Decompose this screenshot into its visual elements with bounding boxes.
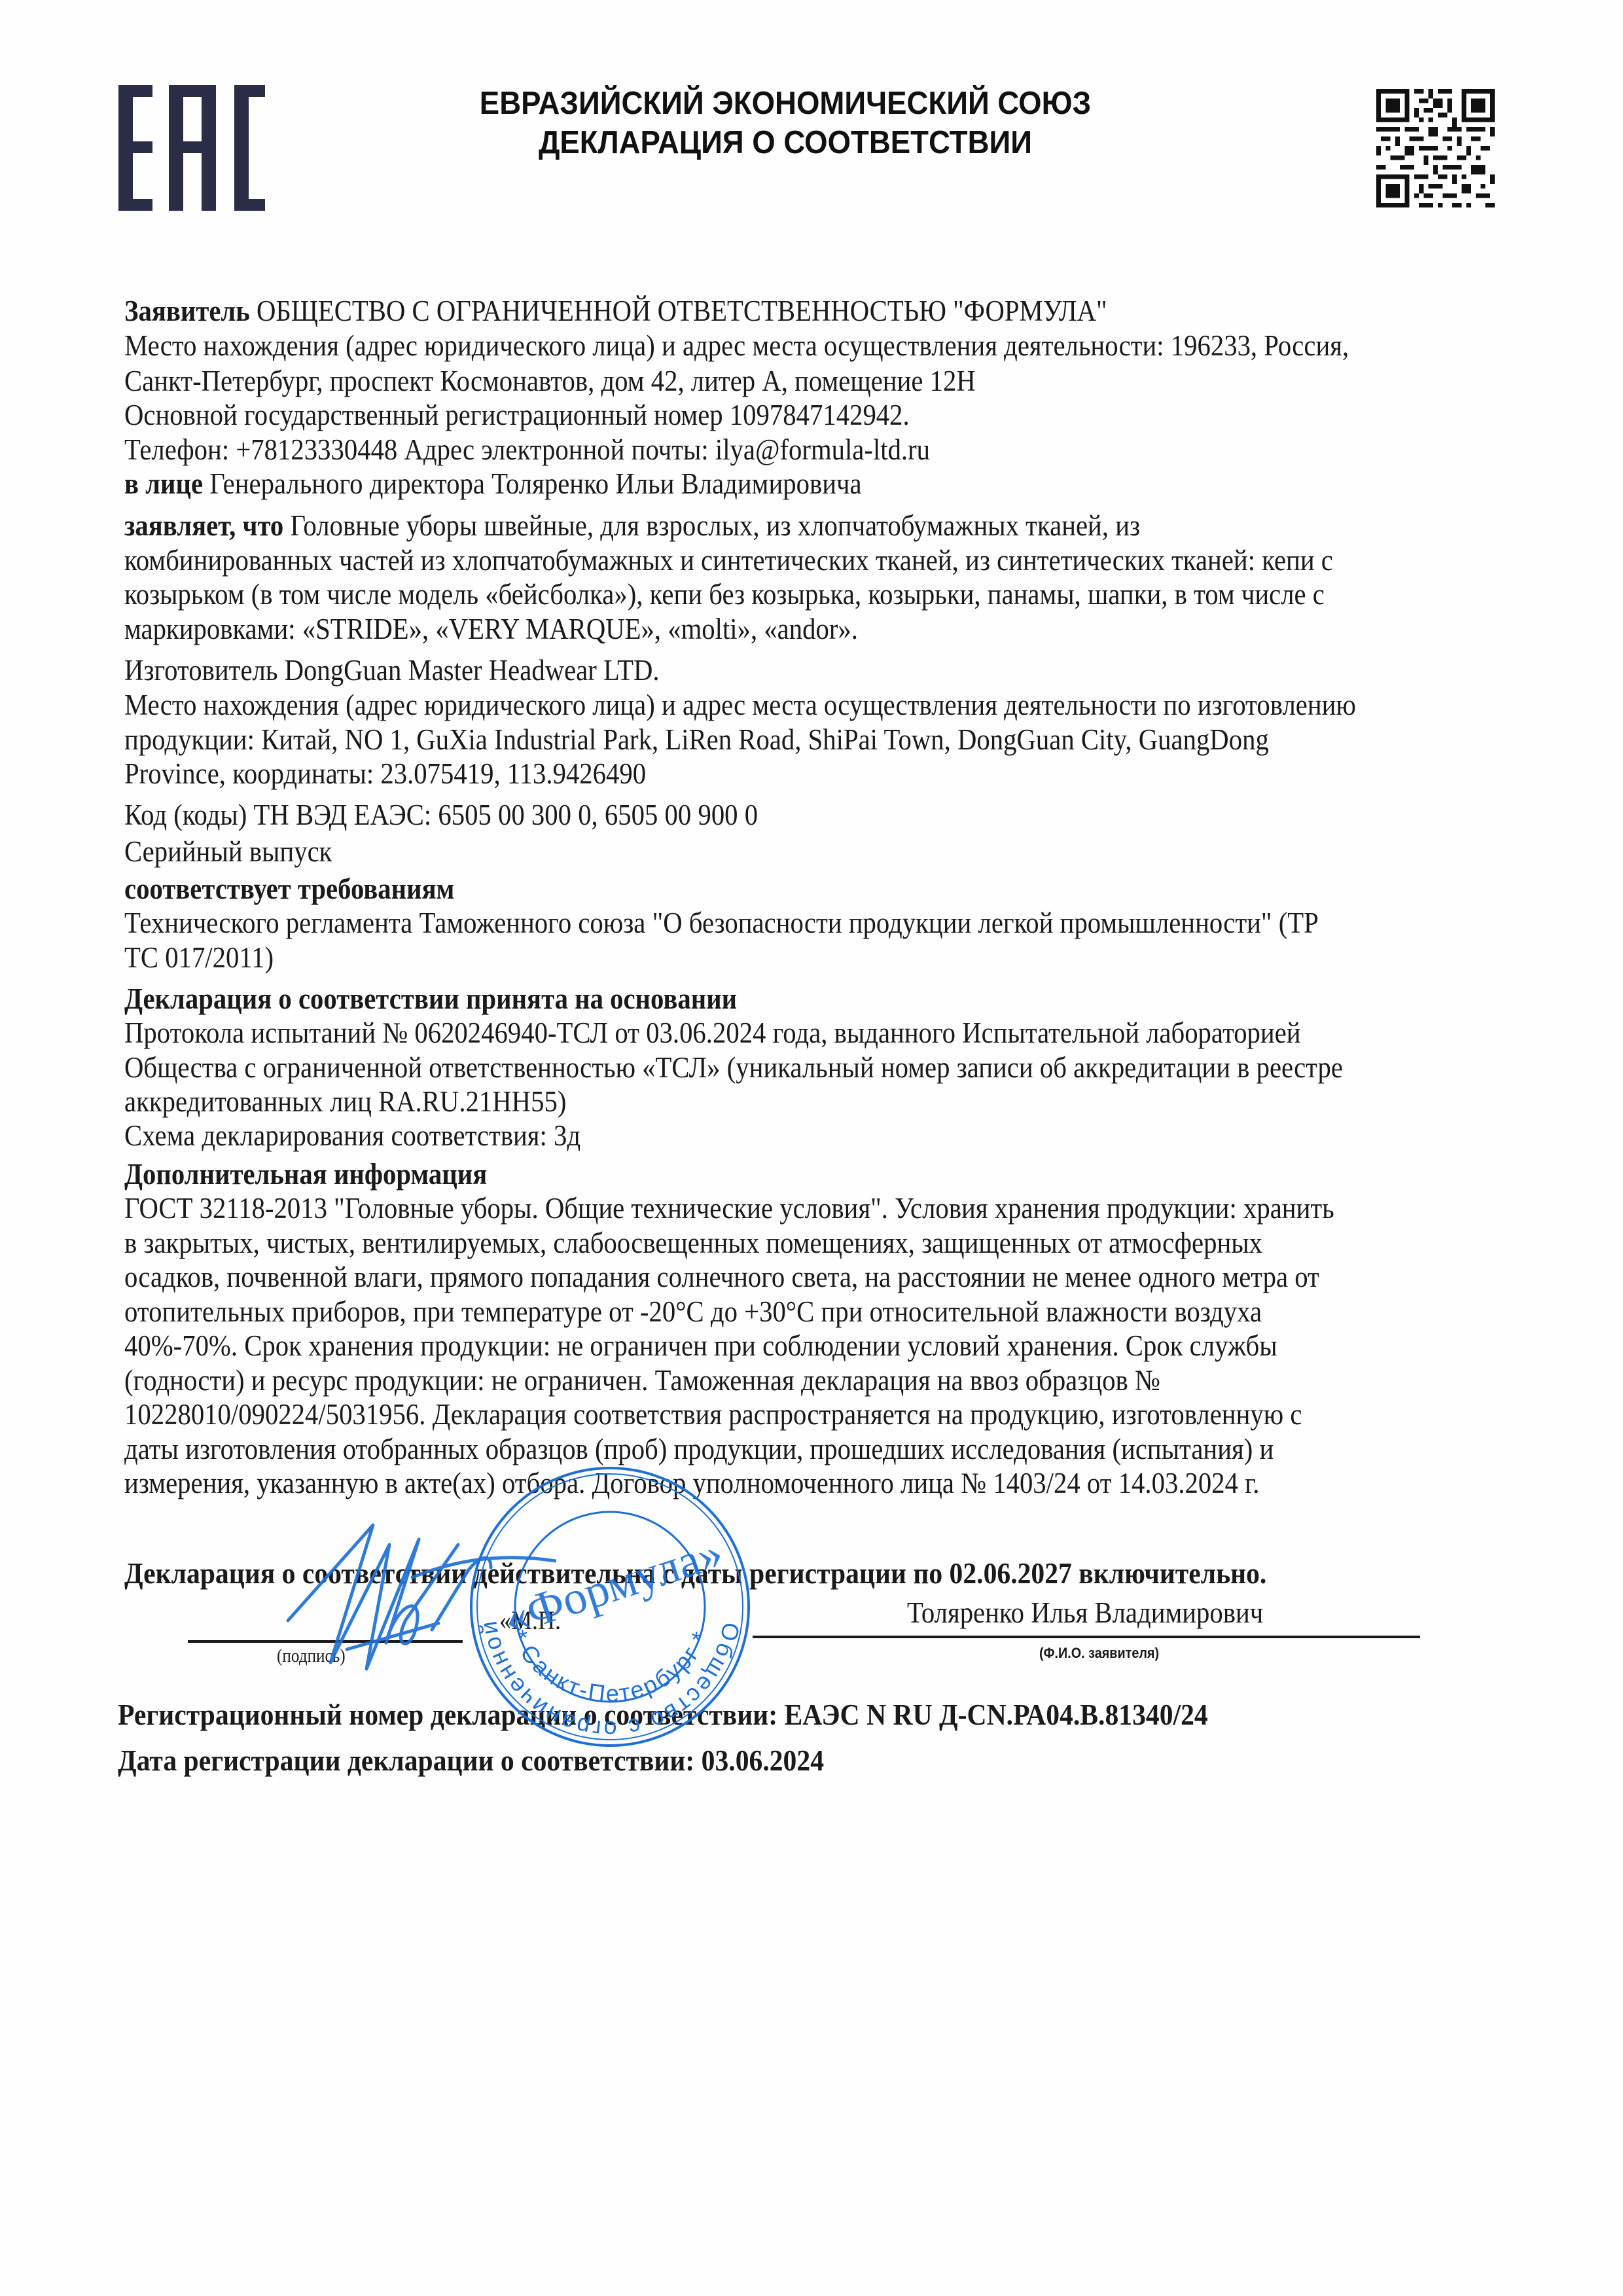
registration-number: Регистрационный номер декларации о соотв… bbox=[118, 1698, 1208, 1732]
title-declaration: ДЕКЛАРАЦИЯ О СООТВЕТСТВИИ bbox=[444, 123, 1126, 162]
applicant-name: ОБЩЕСТВО С ОГРАНИЧЕННОЙ ОТВЕТСТВЕННОСТЬЮ… bbox=[250, 295, 1107, 327]
hs-codes: Код (коды) ТН ВЭД ЕАЭС: 6505 00 300 0, 6… bbox=[124, 798, 758, 832]
product-description-3: козырьком (в том числе модель «бейсболка… bbox=[124, 577, 1325, 611]
validity-statement: Декларация о соответствии действительна … bbox=[124, 1556, 1266, 1590]
manufacturer-address-3: Province, координаты: 23.075419, 113.942… bbox=[124, 757, 646, 791]
additional-line: даты изготовления отобранных образцов (п… bbox=[124, 1432, 1274, 1466]
signature-line bbox=[188, 1640, 463, 1643]
signature-caption: (подпись) bbox=[277, 1646, 346, 1667]
stamp-place-label: «М.П. bbox=[499, 1605, 561, 1636]
svg-text:* Санкт-Петербург *: * Санкт-Петербург * bbox=[505, 1626, 714, 1707]
name-caption: (Ф.И.О. заявителя) bbox=[1039, 1645, 1159, 1662]
product-description-2: комбинированных частей из хлопчатобумажн… bbox=[124, 543, 1333, 577]
additional-line: осадков, почвенной влаги, прямого попада… bbox=[124, 1260, 1319, 1294]
applicant-contacts: Телефон: +78123330448 Адрес электронной … bbox=[124, 433, 930, 467]
manufacturer-address-2: продукции: Китай, NO 1, GuXia Industrial… bbox=[124, 723, 1269, 757]
name-line bbox=[753, 1636, 1420, 1638]
applicant-label: Заявитель bbox=[124, 295, 250, 327]
additional-line: (годности) и ресурс продукции: не ограни… bbox=[124, 1363, 1160, 1397]
basis-heading: Декларация о соответствии принята на осн… bbox=[124, 982, 737, 1016]
manufacturer-address-1: Место нахождения (адрес юридического лиц… bbox=[124, 688, 1356, 722]
qr-code-icon[interactable] bbox=[1376, 88, 1495, 208]
declaration-scheme: Схема декларирования соответствия: 3д bbox=[124, 1119, 580, 1153]
declaration-page: ЕВРАЗИЙСКИЙ ЭКОНОМИЧЕСКИЙ СОЮЗ ДЕКЛАРАЦИ… bbox=[0, 0, 1623, 2296]
additional-line: измерения, указанную в акте(ах) отбора. … bbox=[124, 1466, 1259, 1500]
declares-line1: заявляет, что Головные уборы швейные, дл… bbox=[124, 509, 1140, 543]
basis-line1: Протокола испытаний № 0620246940-ТСЛ от … bbox=[124, 1016, 1301, 1050]
production-type: Серийный выпуск bbox=[124, 834, 332, 869]
represented-label: в лице bbox=[124, 467, 203, 500]
applicant-address-line2: Санкт-Петербург, проспект Космонавтов, д… bbox=[124, 364, 976, 398]
additional-line: ГОСТ 32118-2013 "Головные уборы. Общие т… bbox=[124, 1191, 1334, 1225]
product-description-1: Головные уборы швейные, для взрослых, из… bbox=[283, 509, 1140, 542]
product-description-4: маркировками: «STRIDE», «VERY MARQUE», «… bbox=[124, 612, 858, 646]
compliance-line2: ТС 017/2011) bbox=[124, 941, 274, 975]
registration-date: Дата регистрации декларации о соответств… bbox=[118, 1744, 824, 1778]
compliance-line1: Технического регламента Таможенного союз… bbox=[124, 906, 1319, 940]
additional-line: 10228010/090224/5031956. Декларация соот… bbox=[124, 1397, 1302, 1431]
applicant-line: Заявитель ОБЩЕСТВО С ОГРАНИЧЕННОЙ ОТВЕТС… bbox=[124, 294, 1107, 328]
page-title: ЕВРАЗИЙСКИЙ ЭКОНОМИЧЕСКИЙ СОЮЗ ДЕКЛАРАЦИ… bbox=[419, 84, 1152, 162]
basis-line2: Общества с ограниченной ответственностью… bbox=[124, 1050, 1343, 1085]
applicant-address-line1: Место нахождения (адрес юридического лиц… bbox=[124, 329, 1349, 363]
additional-line: 40%-70%. Срок хранения продукции: не огр… bbox=[124, 1329, 1277, 1363]
additional-line: отопительных приборов, при температуре о… bbox=[124, 1295, 1262, 1329]
signer-name: Толяренко Илья Владимирович bbox=[907, 1596, 1263, 1630]
eac-logo-icon bbox=[118, 85, 265, 211]
manufacturer-name: Изготовитель DongGuan Master Headwear LT… bbox=[124, 653, 660, 687]
title-union: ЕВРАЗИЙСКИЙ ЭКОНОМИЧЕСКИЙ СОЮЗ bbox=[444, 84, 1126, 123]
declares-label: заявляет, что bbox=[124, 509, 283, 542]
basis-line3: аккредитованных лиц RA.RU.21НН55) bbox=[124, 1085, 566, 1119]
represented-by: Генерального директора Толяренко Ильи Вл… bbox=[203, 467, 862, 500]
additional-heading: Дополнительная информация bbox=[124, 1157, 487, 1191]
compliance-heading: соответствует требованиям bbox=[124, 872, 454, 906]
additional-line: в закрытых, чистых, вентилируемых, слабо… bbox=[124, 1226, 1262, 1260]
applicant-ogrn: Основной государственный регистрационный… bbox=[124, 398, 910, 432]
applicant-representative: в лице Генерального директора Толяренко … bbox=[124, 467, 862, 501]
